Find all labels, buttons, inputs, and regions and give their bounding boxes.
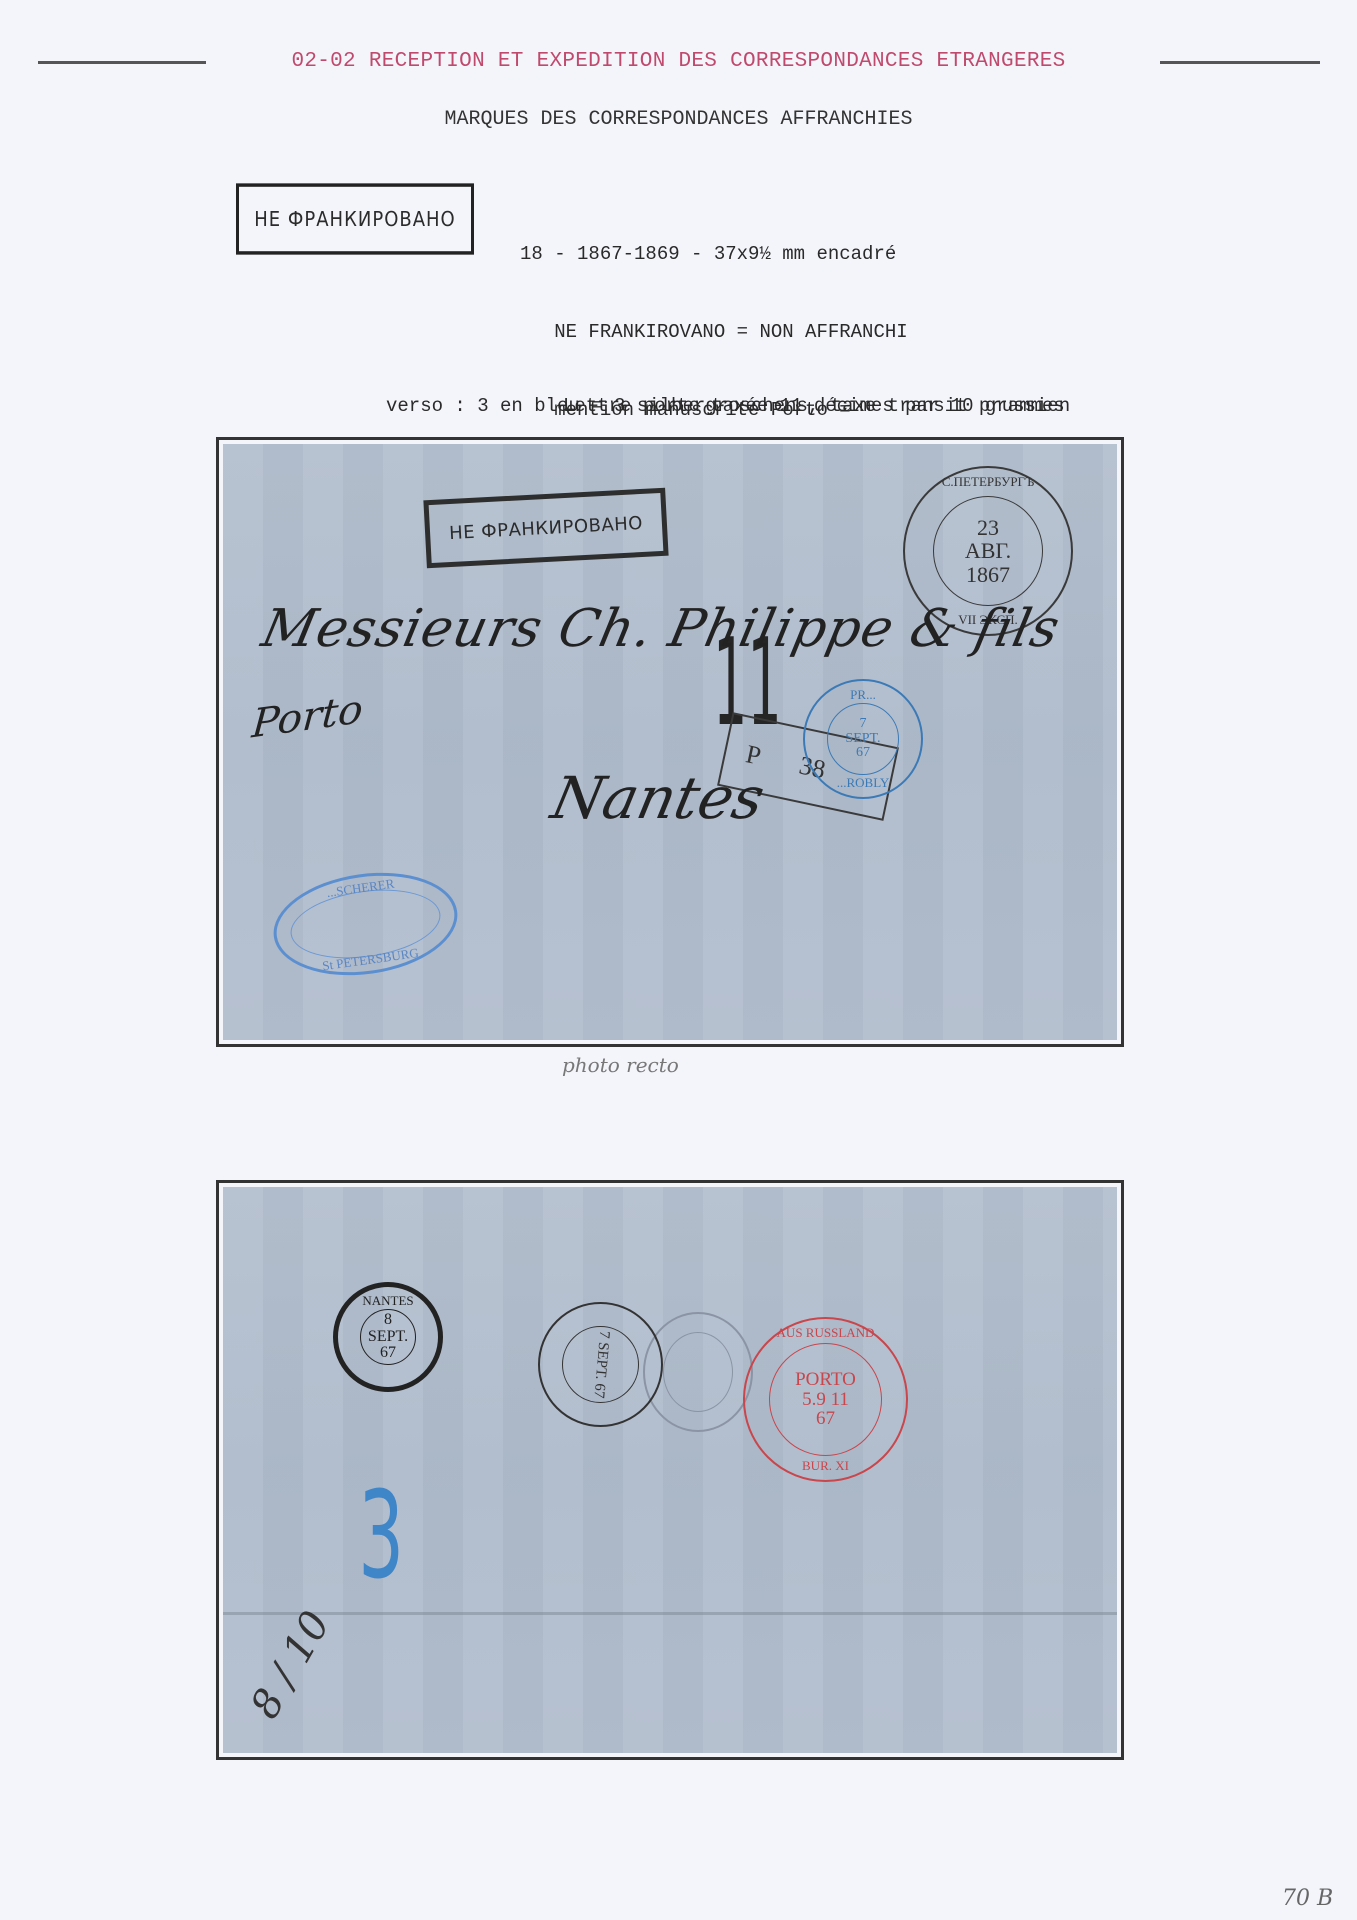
description-verso-note: verso : 3 en bleu = 3 silbergroschens, t… xyxy=(386,393,1070,419)
recto-envelope: НЕ ФРАНКИРОВАНО С.ПЕТЕРБУРГЪ 23 АВГ. 186… xyxy=(223,444,1117,1040)
aus-russland-porto-postmark: AUS RUSSLAND PORTO 5.9 11 67 BUR. XI xyxy=(743,1317,908,1482)
specimen-marking: НЕ ФРАНКИРОВАНО xyxy=(236,183,474,254)
verso-envelope: NANTES 8 SEPT. 67 7 SEPT. 67 AUS RUSSLAN… xyxy=(223,1187,1117,1753)
recto-photo: НЕ ФРАНКИРОВАНО С.ПЕТЕРБУРГЪ 23 АВГ. 186… xyxy=(216,437,1124,1047)
address-line-2: Nantes xyxy=(546,764,771,832)
postmark-year: 67 xyxy=(856,746,870,761)
page-subtitle: MARQUES DES CORRESPONDANCES AFFRANCHIES xyxy=(0,108,1357,131)
title-rule-right xyxy=(1160,61,1320,64)
postmark-date: 5.9 11 xyxy=(802,1390,849,1410)
postmark-year: 67 xyxy=(380,1345,396,1362)
postmark-day: 7 xyxy=(595,1330,612,1339)
postmark-month: SEPT. xyxy=(845,732,880,747)
postmark-day: 23 xyxy=(977,516,999,539)
postmark-year: 1867 xyxy=(966,563,1010,586)
address-line-1: Messieurs Ch. Philippe & fils xyxy=(257,599,1066,659)
desc-line: 18 - 1867-1869 - 37x9½ mm encadré xyxy=(520,241,908,267)
postmark-bottom-text: ...ROBLY xyxy=(805,775,921,791)
verso-photo: NANTES 8 SEPT. 67 7 SEPT. 67 AUS RUSSLAN… xyxy=(216,1180,1124,1760)
postmark-inner-ring xyxy=(663,1332,733,1412)
sender-oval-cachet: ...SCHERER St PETERSBURG xyxy=(267,862,464,987)
photo-caption: photo recto xyxy=(562,1053,679,1077)
specimen-marking-text: НЕ ФРАНКИРОВАНО xyxy=(254,207,455,231)
paris-transit-postmark: 7 SEPT. 67 xyxy=(538,1302,663,1427)
postmark-month: SEPT. xyxy=(592,1341,611,1380)
pencil-note: 8 / 10 xyxy=(242,1604,339,1727)
postmark-top-text: PR... xyxy=(805,687,921,703)
boxed-marking-stamp: НЕ ФРАНКИРОВАНО xyxy=(423,488,668,569)
postmark-middle: PORTO xyxy=(795,1370,856,1390)
page-title: 02-02 RECEPTION ET EXPEDITION DES CORRES… xyxy=(0,50,1357,73)
blue-tax-numeral: 3 xyxy=(358,1467,404,1606)
postmark-month: АВГ. xyxy=(965,539,1011,562)
manuscript-porto: Porto xyxy=(250,687,364,748)
prussia-transit-postmark: PR... 7 SEPT. 67 ...ROBLY xyxy=(803,679,923,799)
postmark-day: 8 xyxy=(384,1312,392,1329)
postmark-top-text: NANTES xyxy=(338,1293,438,1309)
postmark-top-text: AUS RUSSLAND xyxy=(745,1325,906,1341)
boxed-marking-text: НЕ ФРАНКИРОВАНО xyxy=(449,512,644,543)
postmark-top-text: С.ПЕТЕРБУРГЪ xyxy=(905,474,1071,490)
postmark-bottom-text: BUR. XI xyxy=(745,1458,906,1474)
nantes-arrival-postmark: NANTES 8 SEPT. 67 xyxy=(333,1282,443,1392)
postmark-month: SEPT. xyxy=(368,1329,408,1346)
page-number: 70 B xyxy=(1282,1886,1333,1911)
postmark-day: 7 xyxy=(860,717,867,732)
postmark-year: 67 xyxy=(816,1409,835,1429)
postmark-year: 67 xyxy=(590,1383,607,1399)
envelope-fold xyxy=(223,1612,1117,1615)
